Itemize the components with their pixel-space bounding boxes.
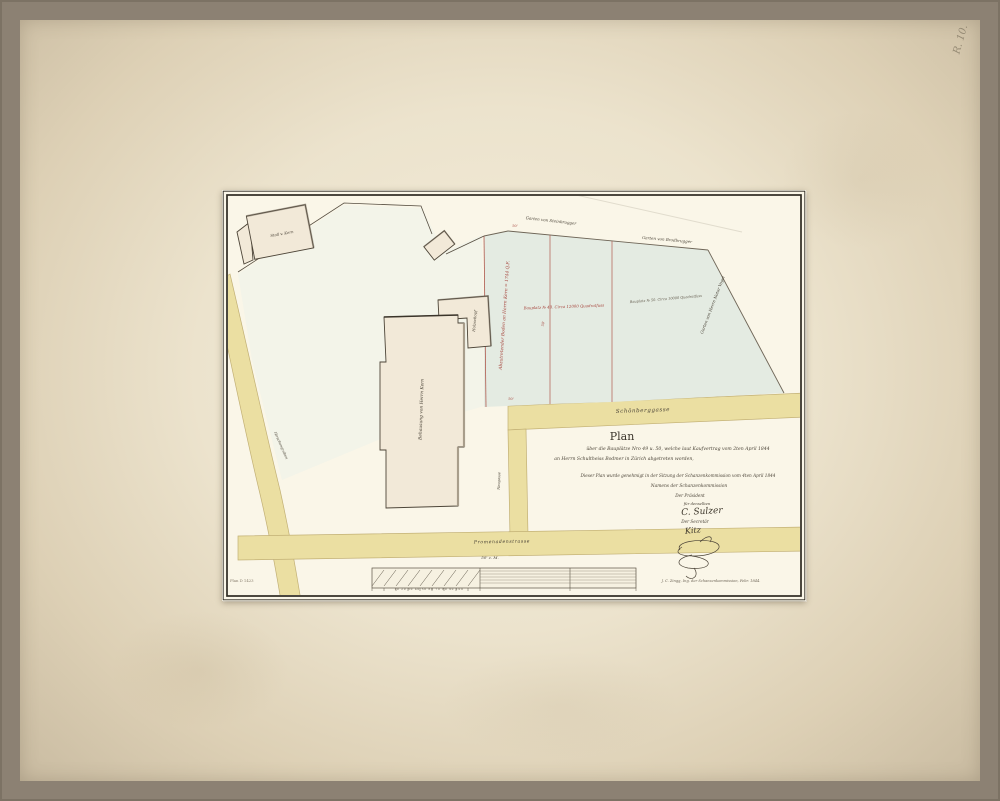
plan-drawing xyxy=(222,190,806,601)
scanned-plan-page: R. 10. xyxy=(0,0,1000,801)
parcel-transfer-strip xyxy=(484,231,550,407)
aging-stain xyxy=(110,610,290,730)
aging-stain xyxy=(440,650,680,760)
scale-bar xyxy=(372,568,636,591)
parcel-49 xyxy=(550,235,612,404)
main-house-building xyxy=(380,315,464,508)
plan-sheet: Garten von Steinbrugger Garten von Brodb… xyxy=(222,190,806,601)
vertical-road xyxy=(508,429,528,538)
